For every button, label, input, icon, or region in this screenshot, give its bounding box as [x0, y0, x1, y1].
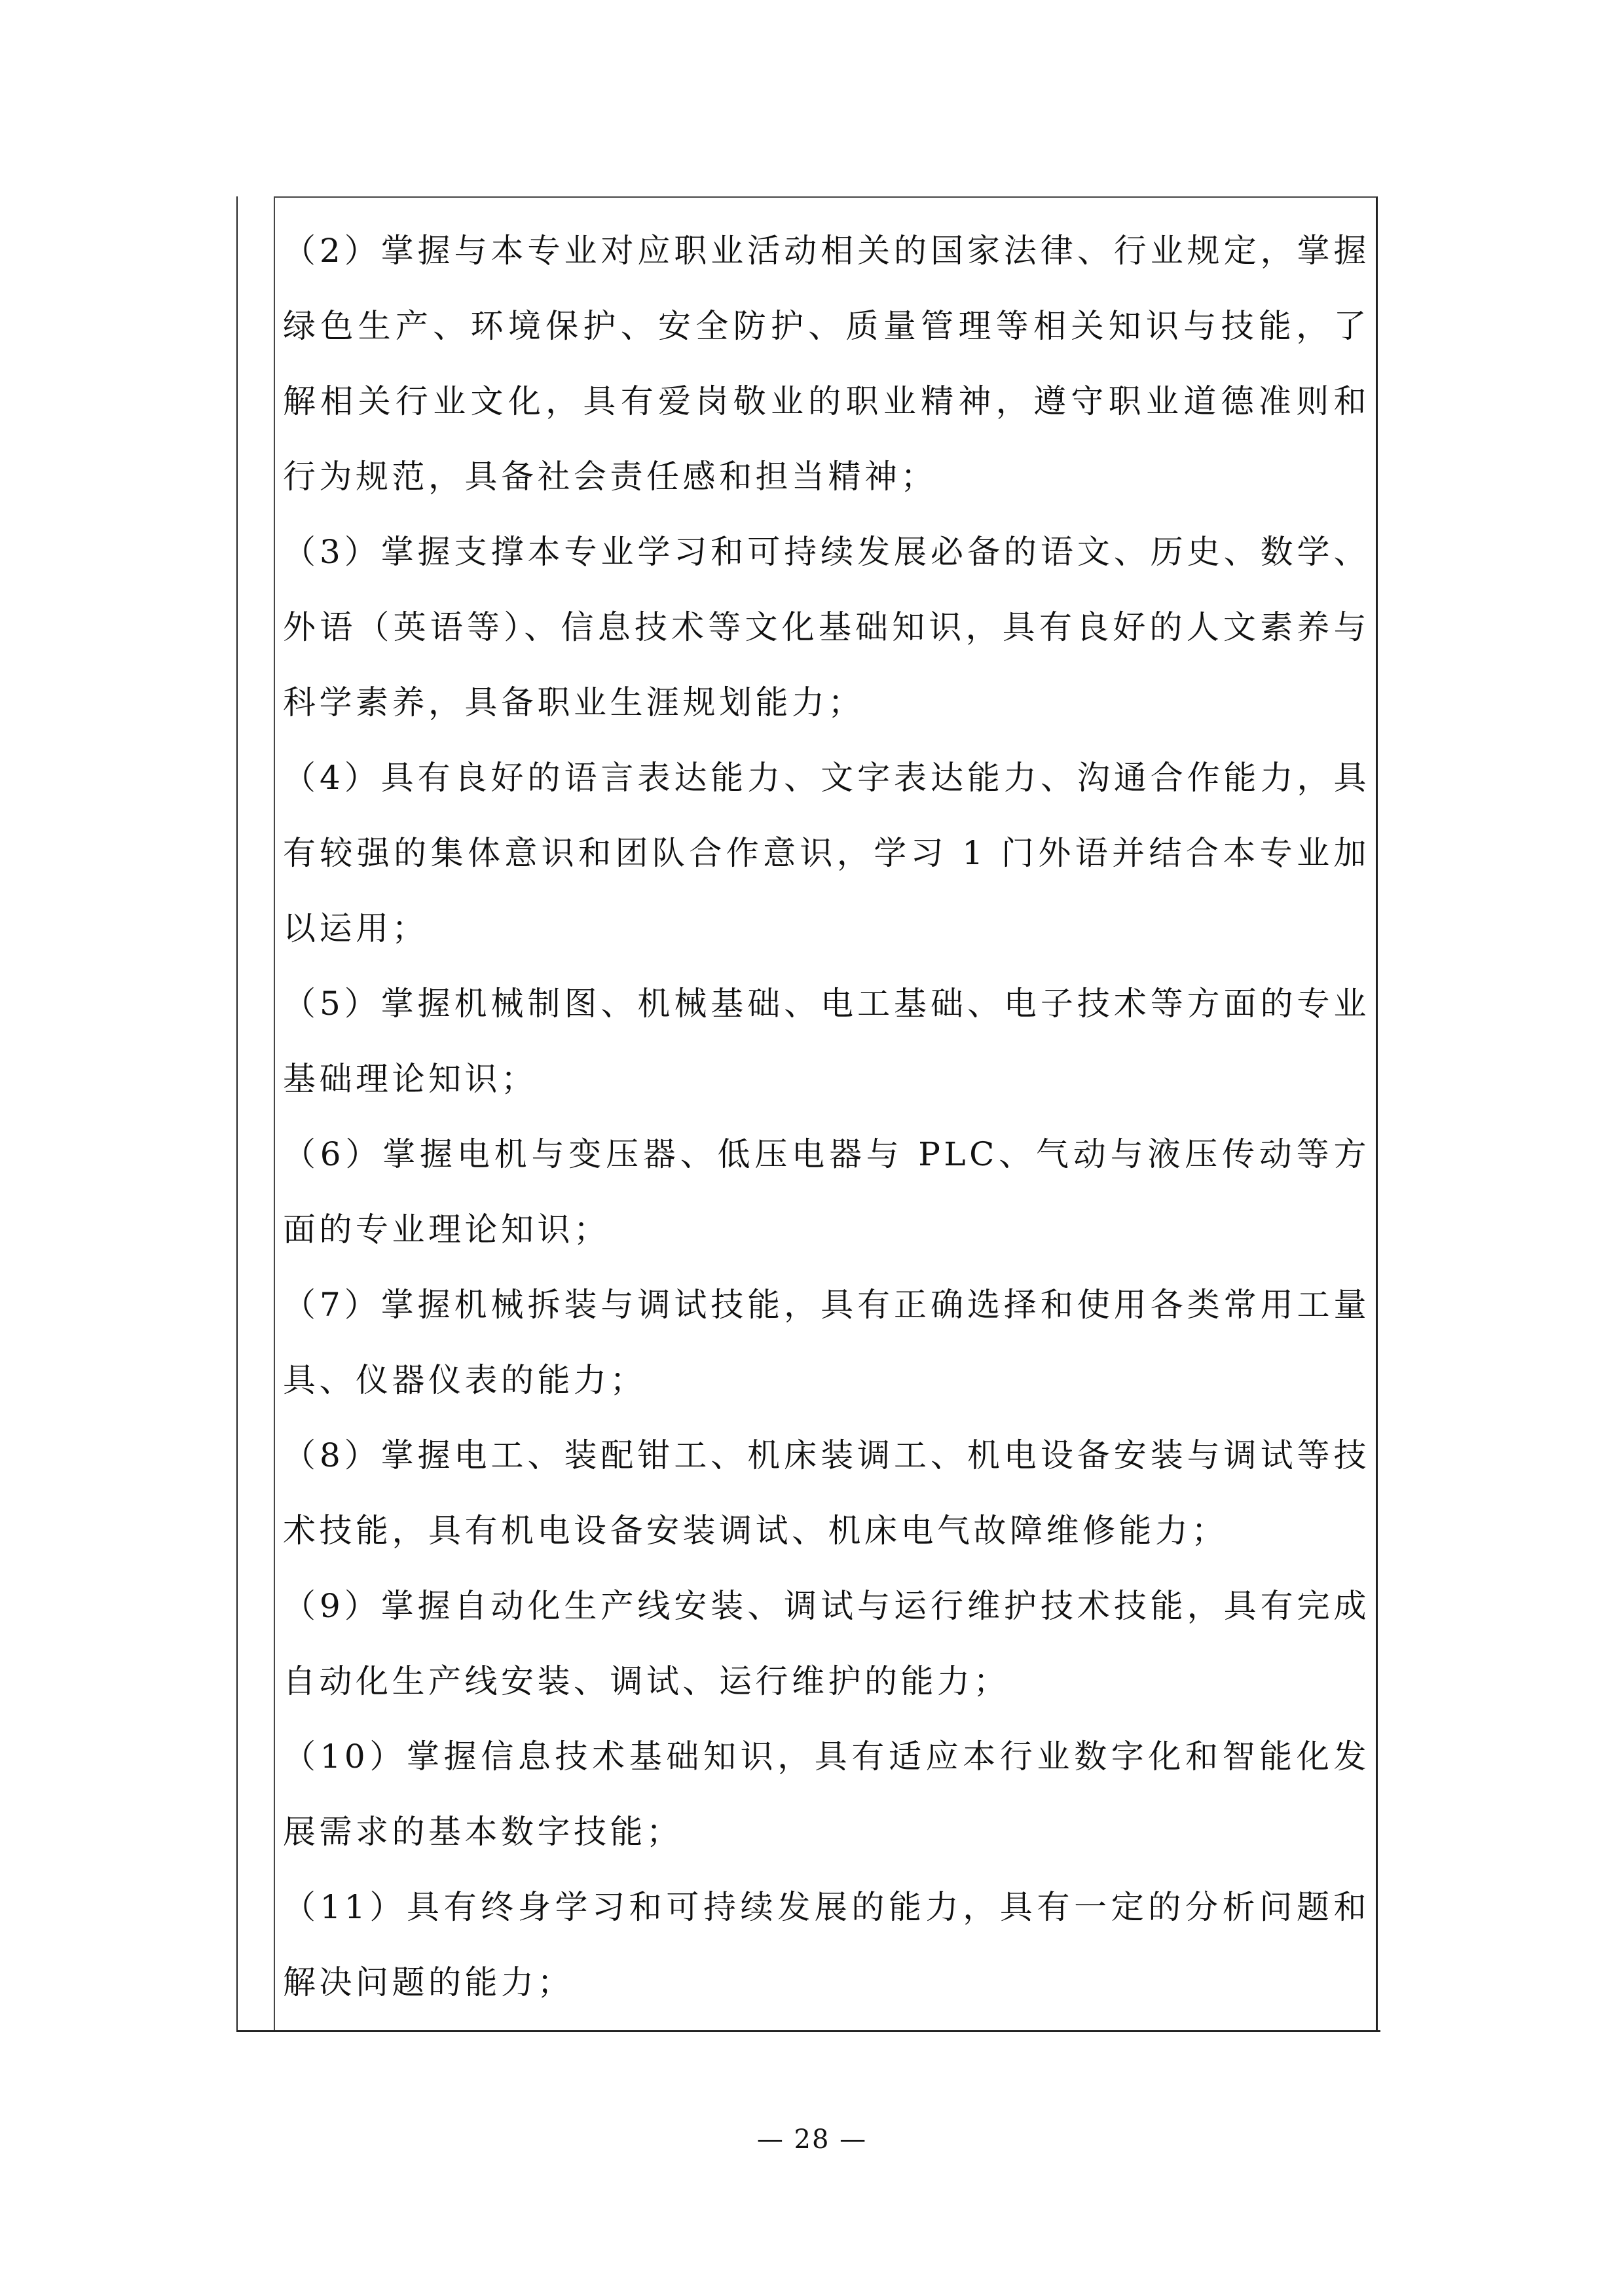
list-item: （9）掌握自动化生产线安装、调试与运行维护技术技能，具有完成自动化生产线安装、调…: [283, 1569, 1370, 1719]
list-item: （6）掌握电机与变压器、低压电器与 PLC、气动与液压传动等方面的专业理论知识；: [283, 1117, 1370, 1267]
table-bottom-border: [236, 2030, 1380, 2032]
requirements-table-cell: （2）掌握与本专业对应职业活动相关的国家法律、行业规定，掌握绿色生产、环境保护、…: [274, 196, 1378, 2030]
requirements-list: （2）掌握与本专业对应职业活动相关的国家法律、行业规定，掌握绿色生产、环境保护、…: [283, 213, 1370, 2020]
list-item: （2）掌握与本专业对应职业活动相关的国家法律、行业规定，掌握绿色生产、环境保护、…: [283, 213, 1370, 515]
page-number: — 28 —: [0, 2124, 1624, 2155]
list-item: （5）掌握机械制图、机械基础、电工基础、电子技术等方面的专业基础理论知识；: [283, 966, 1370, 1117]
list-item: （11）具有终身学习和可持续发展的能力，具有一定的分析问题和解决问题的能力；: [283, 1870, 1370, 2020]
list-item: （7）掌握机械拆装与调试技能，具有正确选择和使用各类常用工量具、仪器仪表的能力；: [283, 1267, 1370, 1418]
list-item: （4）具有良好的语言表达能力、文字表达能力、沟通合作能力，具有较强的集体意识和团…: [283, 740, 1370, 966]
table-outer-left-border: [236, 196, 238, 2032]
list-item: （10）掌握信息技术基础知识，具有适应本行业数字化和智能化发展需求的基本数字技能…: [283, 1719, 1370, 1870]
list-item: （8）掌握电工、装配钳工、机床装调工、机电设备安装与调试等技术技能，具有机电设备…: [283, 1418, 1370, 1569]
list-item: （3）掌握支撑本专业学习和可持续发展必备的语文、历史、数学、外语（英语等）、信息…: [283, 515, 1370, 740]
